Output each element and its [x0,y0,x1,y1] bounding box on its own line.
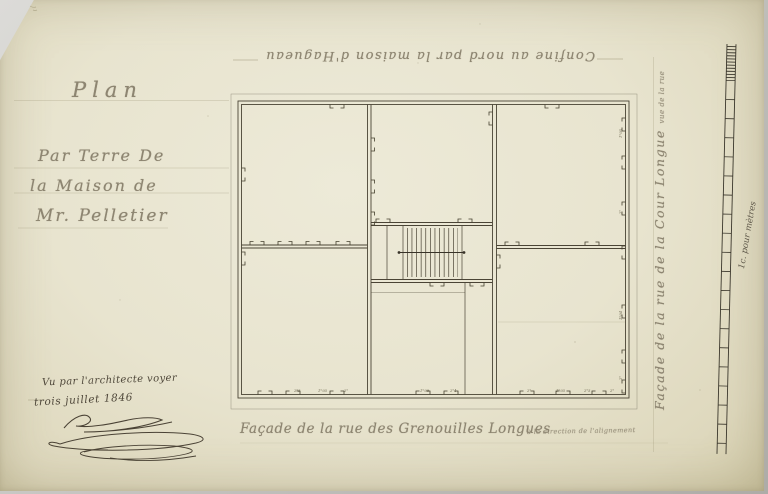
scale-ticks [721,80,730,454]
right-caption-text: Façade de la rue de la Cour Longue [652,129,667,410]
plan-openings [242,105,626,395]
plan-walls [231,94,637,409]
scale-rail [726,44,736,454]
signature-flourish-2 [80,445,196,460]
right-street-caption: Façade de la rue de la Cour Longue vue d… [652,52,667,410]
dimension-label: 1ᵐ08 [420,389,430,393]
dimension-label: 1ᵐ05 [556,389,566,393]
scale-fine-ticks [731,46,732,80]
dimension-label: 2° [343,389,348,393]
signature-flourish-1 [64,415,172,432]
dimension-label: 2° [526,389,531,393]
staircase [398,251,466,254]
dimension-label: 2°5 [293,389,301,393]
plan-margin-line [231,94,637,409]
bottom-street-caption: Façade de la rue des Grenouilles Longues [240,421,551,437]
dimension-label: 1ᵐ04 [619,310,623,320]
dimension-label: 2°5 [583,389,591,393]
title-line-4: Mr. Pelletier [36,206,169,226]
dimension-label: 1ᵐ05 [619,128,623,138]
title-line-3: la Maison de [30,176,158,195]
top-boundary-note: Confine au nord par la maison d'Hagueau [235,48,625,63]
signature-underline [49,432,203,450]
scale-rail [717,44,727,454]
handrail-post [463,251,466,254]
title-line-plan: Plan [72,78,143,102]
dimension-label: 2° [619,210,623,215]
handrail-post [398,251,401,254]
scale-bar [717,44,736,454]
dimension-label: 2°4 [449,389,457,393]
dimension-label: 2° [609,389,614,393]
scanned-plan-sheet: 2°5 1ᵐ05 2° 1ᵐ08 2°4 2° 1ᵐ05 2°5 2° 1ᵐ05… [0,0,768,494]
title-line-2: Par Terre De [38,146,165,165]
signatures [49,415,203,460]
dimension-label: 1ᵐ05 [318,389,328,393]
paper-speckles [119,23,701,391]
corner-marks [30,6,37,11]
right-caption-note: vue de la rue [658,71,666,124]
dimension-label: 2° [619,376,623,381]
